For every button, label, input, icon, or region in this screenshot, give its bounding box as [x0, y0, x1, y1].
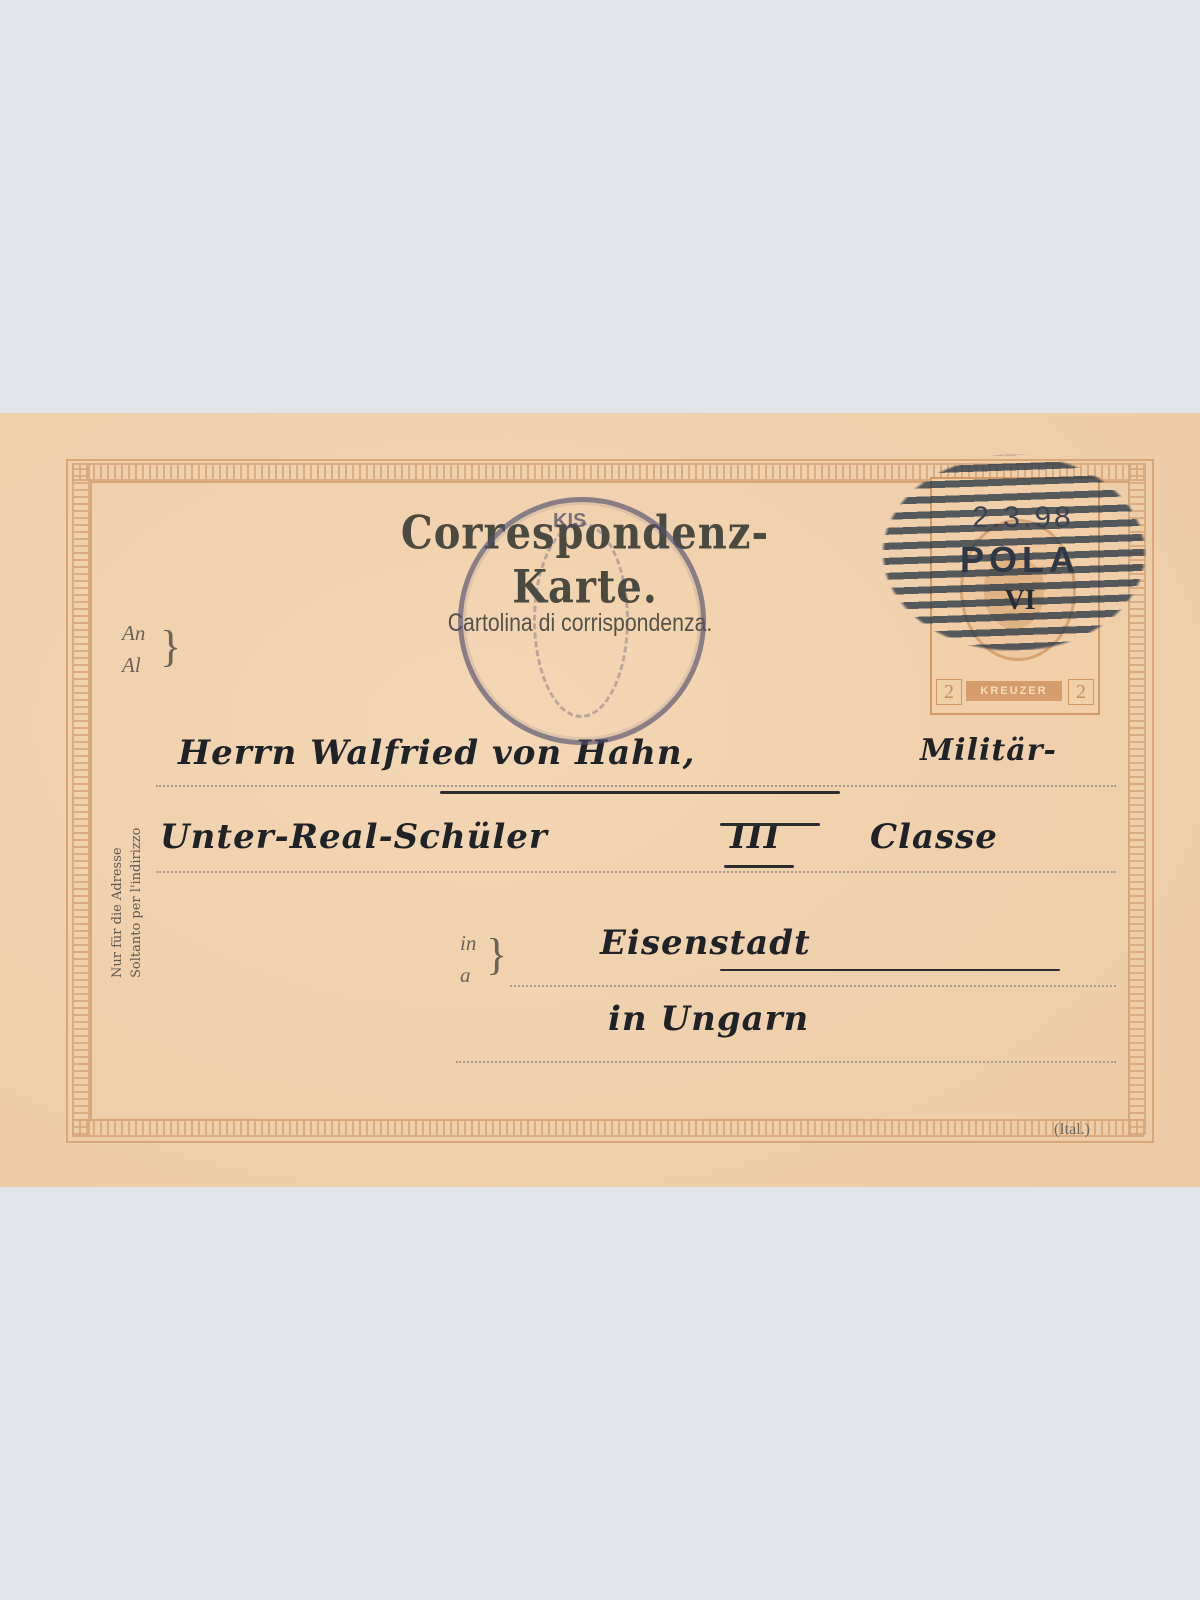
overline — [720, 823, 820, 826]
greek-key-border-left — [72, 463, 90, 1135]
handwritten-line-2: Unter-Real-Schüler — [160, 817, 548, 857]
address-line-1 — [156, 785, 1116, 787]
receiving-postmark: KIS — [458, 497, 706, 745]
handwritten-line-4: in Ungarn — [608, 999, 809, 1039]
vertical-note-de: Nur für die Adresse — [108, 778, 127, 978]
address-label-de: An — [122, 621, 145, 646]
vertical-address-note: Nur für die Adresse Soltanto per l'indir… — [108, 778, 158, 978]
destination-label-de: in — [460, 931, 476, 956]
cancellation-numeral: VI — [930, 585, 1110, 617]
underline — [720, 969, 1060, 971]
cancellation-date: 2.3.98 — [938, 501, 1108, 535]
address-line-2 — [156, 871, 1116, 873]
stamp-value-left: 2 — [936, 679, 962, 705]
handwritten-line-1-extra: Militär- — [920, 733, 1057, 768]
edition-mark: (Ital.) — [1054, 1121, 1090, 1139]
postcard: Correspondenz-Karte. Cartolina di corris… — [0, 413, 1200, 1187]
pola-cancellation: 2.3.98 POLA VI — [880, 453, 1148, 653]
postmark-text: KIS — [553, 510, 586, 533]
underline — [440, 791, 840, 794]
handwritten-line-2-extra: Classe — [870, 817, 998, 857]
brace-icon: } — [486, 933, 507, 977]
stamp-denomination: KREUZER — [966, 681, 1062, 701]
handwritten-line-3: Eisenstadt — [600, 923, 811, 963]
cancellation-city: POLA — [930, 539, 1110, 581]
underline — [724, 865, 794, 868]
address-line-4 — [456, 1061, 1116, 1063]
vertical-note-it: Soltanto per l'indirizzo — [127, 778, 146, 978]
address-label-it: Al — [122, 653, 141, 678]
brace-icon: } — [160, 625, 181, 669]
greek-key-border-bottom — [72, 1119, 1144, 1137]
stamp-value-right: 2 — [1068, 679, 1094, 705]
postmark-inner-ring — [533, 522, 629, 718]
address-line-3 — [510, 985, 1116, 987]
destination-label-it: a — [460, 963, 471, 988]
